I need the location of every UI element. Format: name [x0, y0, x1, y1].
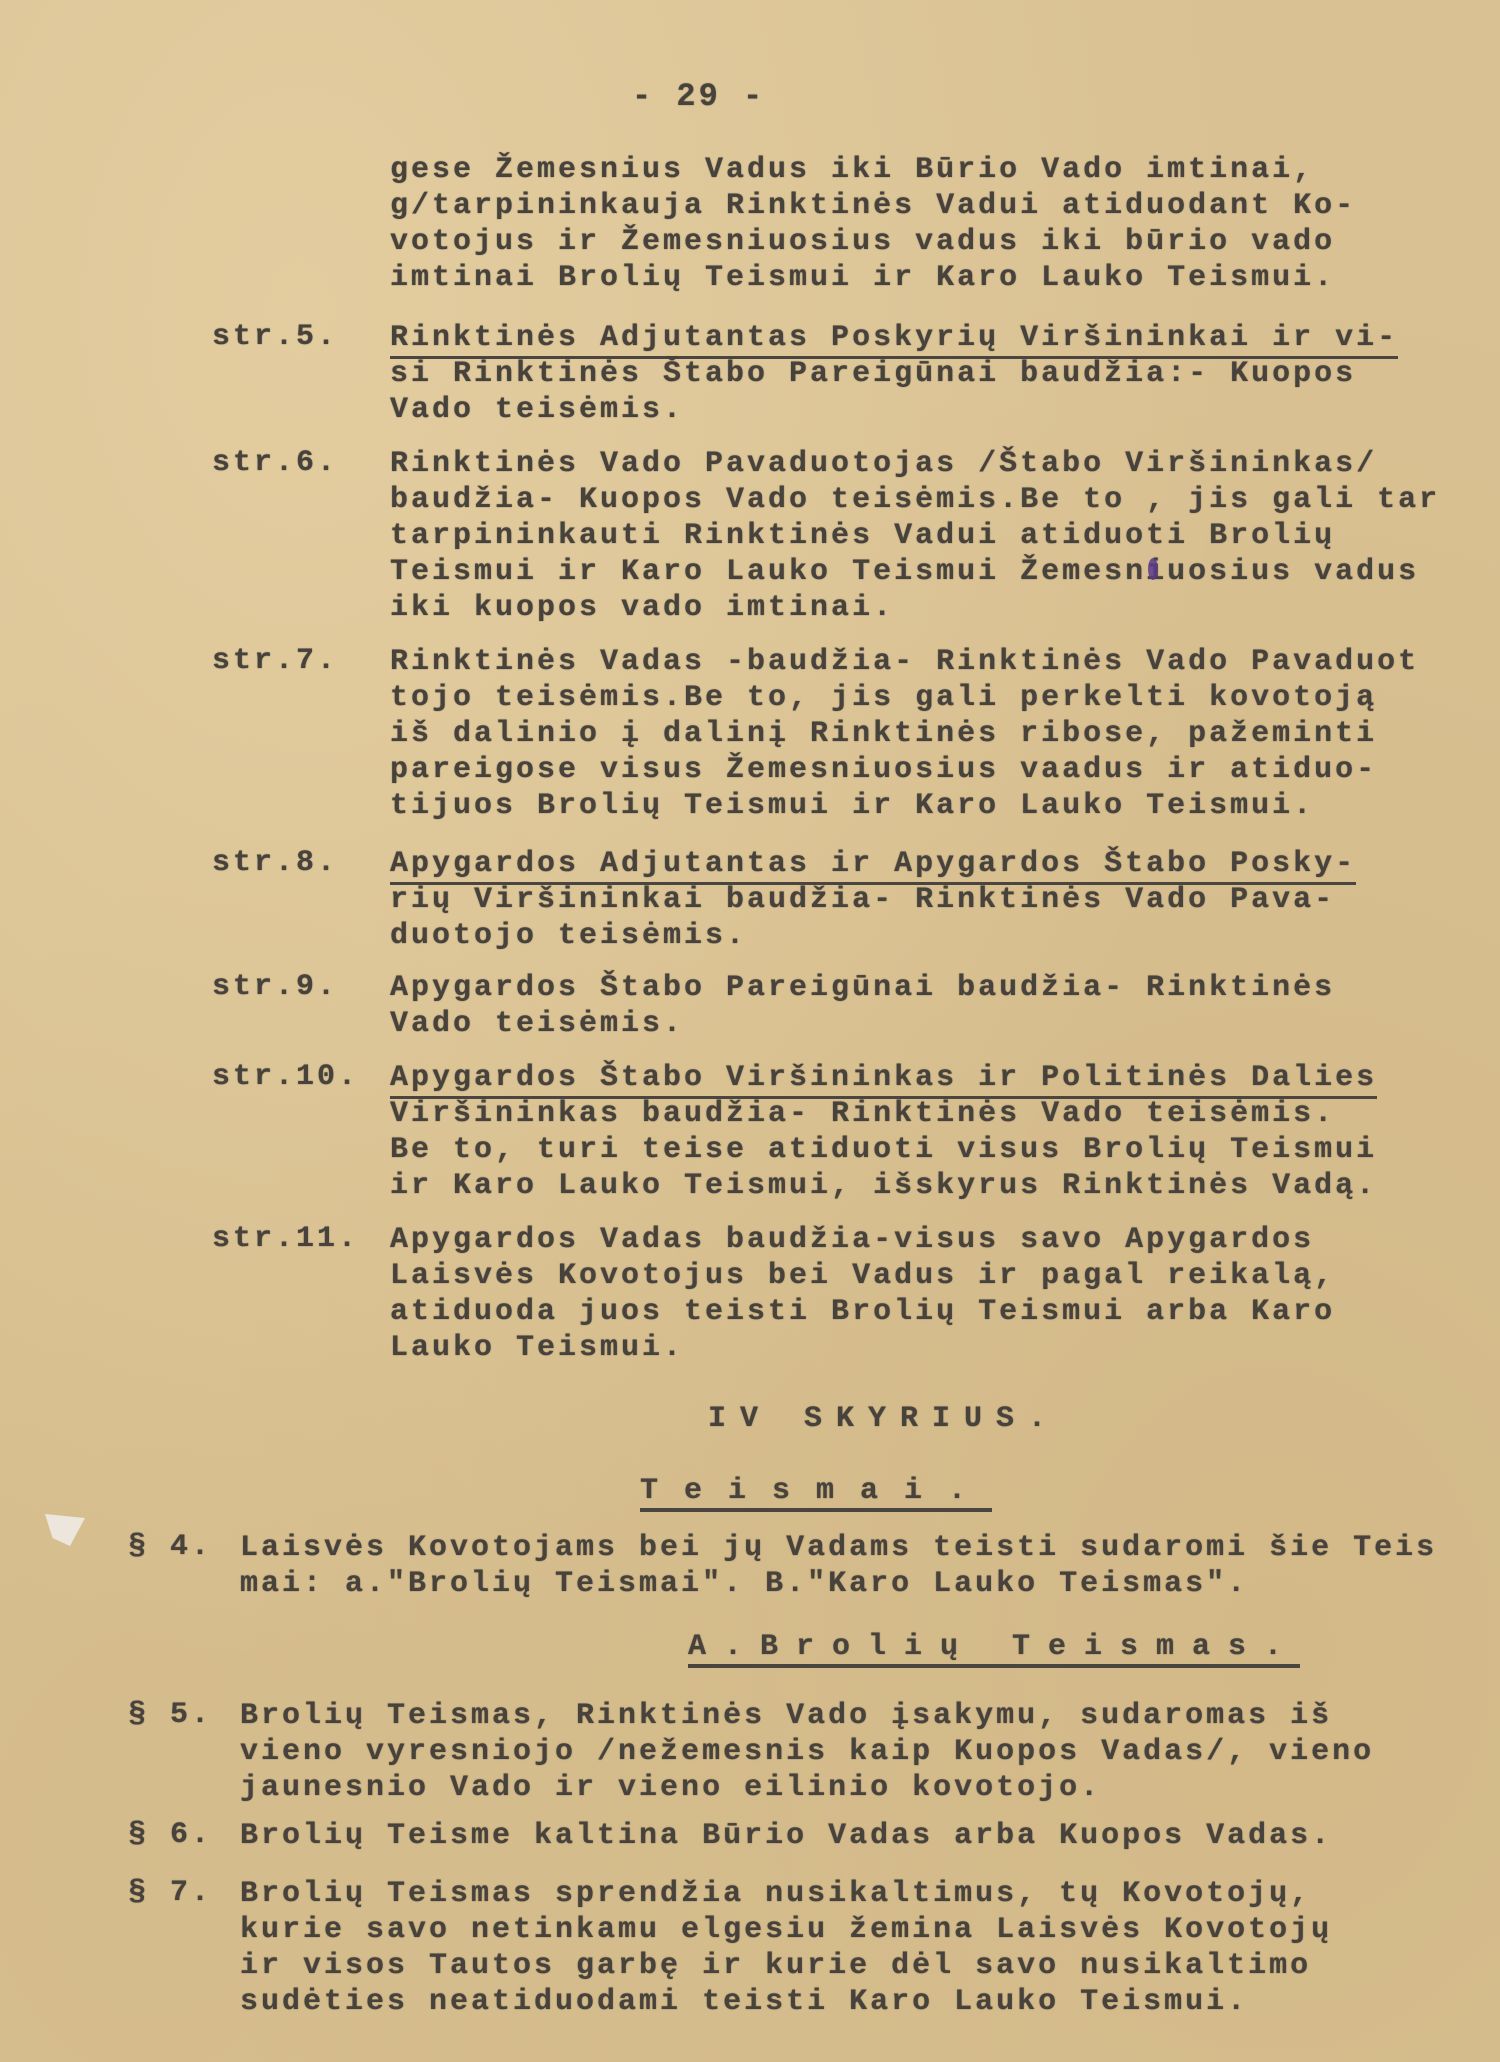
paragraph-label: § 5.	[128, 1698, 212, 1732]
article-line: si Rinktinės Štabo Pareigūnai baudžia:- …	[390, 356, 1356, 392]
article-line: ir Karo Lauko Teismui, išskyrus Rinktinė…	[390, 1168, 1377, 1204]
article-line: Laisvės Kovotojus bei Vadus ir pagal rei…	[390, 1258, 1335, 1294]
article-line: duotojo teisėmis.	[390, 918, 747, 954]
paragraph-line: Brolių Teisme kaltina Būrio Vadas arba K…	[240, 1818, 1332, 1854]
paragraph-label: § 7.	[128, 1876, 212, 1910]
paragraph-line: Laisvės Kovotojams bei jų Vadams teisti …	[240, 1530, 1437, 1566]
paragraph-line: sudėties neatiduodami teisti Karo Lauko …	[240, 1984, 1248, 2020]
paragraph-line: ir visos Tautos garbę ir kurie dėl savo …	[240, 1948, 1311, 1984]
paragraph-line: kurie savo netinkamu elgesiu žemina Lais…	[240, 1912, 1332, 1948]
article-line: baudžia- Kuopos Vado teisėmis.Be to , ji…	[390, 482, 1440, 518]
paragraph-label: § 4.	[128, 1530, 212, 1564]
paper-tear	[40, 1510, 90, 1550]
intro-line: imtinai Brolių Teismui ir Karo Lauko Tei…	[390, 260, 1335, 296]
paragraph-line: vieno vyresniojo /nežemesnis kaip Kuopos…	[240, 1734, 1374, 1770]
article-label: str.7.	[212, 644, 338, 678]
ink-blot	[1148, 558, 1158, 580]
article-line: Rinktinės Vadas -baudžia- Rinktinės Vado…	[390, 644, 1419, 680]
intro-line: g/tarpininkauja Rinktinės Vadui atiduoda…	[390, 188, 1356, 224]
article-label: str.10.	[212, 1060, 359, 1094]
paragraph-line: jaunesnio Vado ir vieno eilinio kovotojo…	[240, 1770, 1101, 1806]
article-line: Apygardos Štabo Pareigūnai baudžia- Rink…	[390, 970, 1335, 1006]
article-line: Rinktinės Adjutantas Poskyrių Viršininka…	[390, 320, 1398, 359]
article-line: Vado teisėmis.	[390, 392, 684, 428]
article-line: Teismui ir Karo Lauko Teismui Žemesniuos…	[390, 554, 1419, 590]
document-page: - 29 - gese Žemesnius Vadus iki Būrio Va…	[0, 0, 1500, 2062]
article-line: tarpininkauti Rinktinės Vadui atiduoti B…	[390, 518, 1335, 554]
article-line: Lauko Teismui.	[390, 1330, 684, 1366]
article-label: str.9.	[212, 970, 338, 1004]
paragraph-label: § 6.	[128, 1818, 212, 1852]
article-label: str.6.	[212, 446, 338, 480]
chapter-heading: IV SKYRIUS.	[708, 1402, 1060, 1436]
article-line: tojo teisėmis.Be to, jis gali perkelti k…	[390, 680, 1377, 716]
article-line: Rinktinės Vado Pavaduotojas /Štabo Virši…	[390, 446, 1377, 482]
article-line: tijuos Brolių Teismui ir Karo Lauko Teis…	[390, 788, 1314, 824]
paragraph-line: Brolių Teismas sprendžia nusikaltimus, t…	[240, 1876, 1311, 1912]
article-label: str.8.	[212, 846, 338, 880]
article-label: str.5.	[212, 320, 338, 354]
article-line: atiduoda juos teisti Brolių Teismui arba…	[390, 1294, 1335, 1330]
intro-line: gese Žemesnius Vadus iki Būrio Vado imti…	[390, 152, 1314, 188]
paragraph-line: Brolių Teismas, Rinktinės Vado įsakymu, …	[240, 1698, 1332, 1734]
article-label: str.11.	[212, 1222, 359, 1256]
article-line: Apygardos Štabo Viršininkas ir Politinės…	[390, 1060, 1377, 1099]
article-line: pareigose visus Žemesniuosius vaadus ir …	[390, 752, 1377, 788]
intro-line: votojus ir Žemesniuosius vadus iki būrio…	[390, 224, 1335, 260]
article-line: Viršininkas baudžia- Rinktinės Vado teis…	[390, 1096, 1335, 1132]
paragraph-line: mai: a."Brolių Teismai". B."Karo Lauko T…	[240, 1566, 1248, 1602]
article-line: rių Viršininkai baudžia- Rinktinės Vado …	[390, 882, 1335, 918]
article-line: Apygardos Adjutantas ir Apygardos Štabo …	[390, 846, 1356, 885]
article-line: iki kuopos vado imtinai.	[390, 590, 894, 626]
article-line: iš dalinio į dalinį Rinktinės ribose, pa…	[390, 716, 1377, 752]
section-heading: Teismai.	[640, 1474, 992, 1512]
article-line: Vado teisėmis.	[390, 1006, 684, 1042]
article-line: Be to, turi teise atiduoti visus Brolių …	[390, 1132, 1377, 1168]
article-line: Apygardos Vadas baudžia-visus savo Apyga…	[390, 1222, 1314, 1258]
subsection-heading: A.Brolių Teismas.	[688, 1630, 1300, 1668]
page-number: - 29 -	[632, 78, 765, 115]
